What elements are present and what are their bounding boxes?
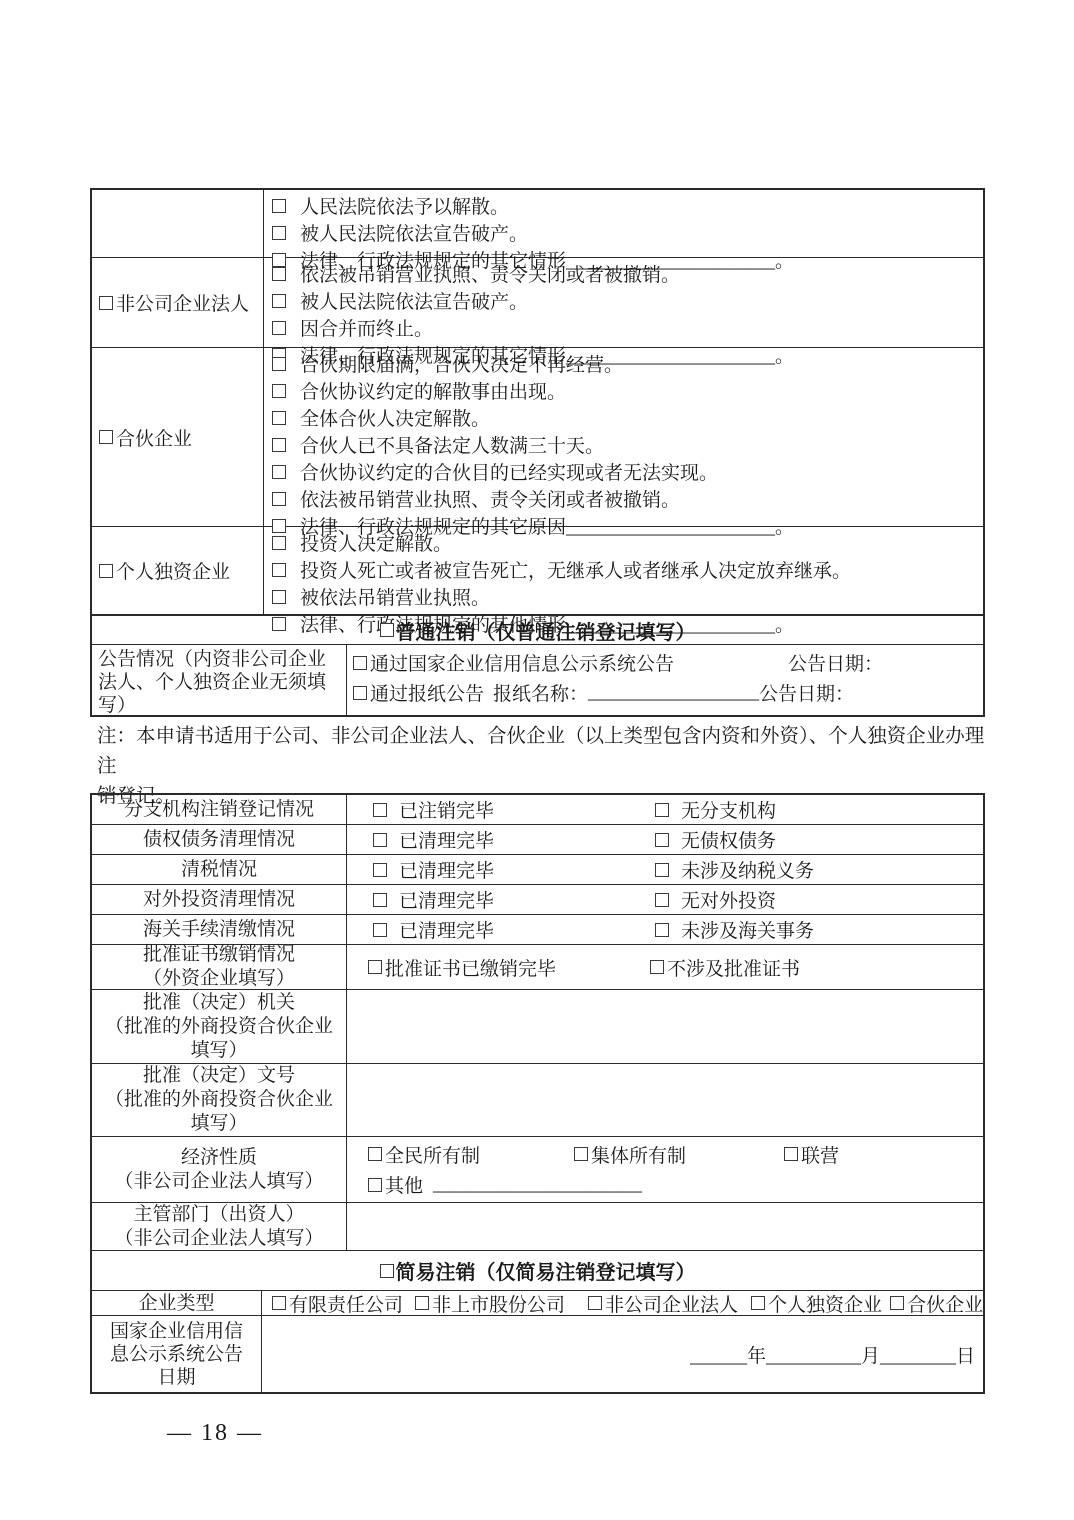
checkbox-icon[interactable] [574,1147,588,1161]
announcement-label-cell: 公告情况（内资非公司企业法人、个人独资企业无须填写） [92,645,347,715]
checkbox-icon[interactable] [353,686,367,700]
form-page: 人民法院依法予以解散。 被人民法院依法宣告破产。 法律、行政法规规定的其它情形_… [0,0,1074,1520]
checkbox-icon[interactable] [655,863,669,877]
checkbox-icon[interactable] [99,430,113,444]
table-row-announcement-date: 国家企业信用信 息公示系统公告 日期 ______年__________月___… [92,1316,983,1392]
checkbox-icon[interactable] [99,564,113,578]
reason-option[interactable]: 被人民法院依法宣告破产。 [272,287,979,314]
reason-option[interactable]: 全体合伙人决定解散。 [272,404,979,431]
checkbox-icon[interactable] [380,623,394,637]
field-label-cell: 批准（决定）文号 （批准的外商投资合伙企业 填写） [92,1064,347,1136]
checkbox-icon[interactable] [650,960,664,974]
status-options-cell: 已清理完毕 无债权债务 [347,825,983,854]
checkbox-icon[interactable] [272,321,286,335]
enterprise-type-option[interactable]: 非上市股份公司 [415,1290,565,1317]
table-row-continued: 人民法院依法予以解散。 被人民法院依法宣告破产。 法律、行政法规规定的其它情形_… [92,190,983,258]
reason-options-cell: 依法被吊销营业执照、责令关闭或者被撤销。 被人民法院依法宣告破产。 因合并而终止… [264,258,983,347]
checkbox-icon[interactable] [272,199,286,213]
newspaper-name-blank[interactable]: __________________ [588,682,759,704]
checkbox-icon[interactable] [368,1178,382,1192]
economy-option[interactable]: 联营 [784,1141,839,1168]
table-row-approval-certificate: 批准证书缴销情况 （外资企业填写） 批准证书已缴销完毕 不涉及批准证书 [92,945,983,990]
checkbox-icon[interactable] [272,267,286,281]
checkbox-icon[interactable] [890,1296,904,1310]
announcement-option-newspaper[interactable]: 通过报纸公告报纸名称：__________________公告日期： [353,679,983,706]
field-label-cell: 经济性质 （非公司企业法人填写） [92,1137,347,1202]
status-option[interactable]: 无对外投资 [655,886,776,913]
economy-option[interactable]: 全民所有制 [368,1141,574,1168]
table-row-branch-dereg: 分支机构注销登记情况 已注销完毕 无分支机构 [92,795,983,825]
checkbox-icon[interactable] [272,536,286,550]
entity-label-cell: 非公司企业法人 [92,258,264,347]
checkbox-icon[interactable] [588,1296,602,1310]
economy-options-cell: 全民所有制 集体所有制 联营 其他______________________ [347,1137,983,1202]
status-options-cell: 已注销完毕 无分支机构 [347,795,983,824]
table-row-announcement: 公告情况（内资非公司企业法人、个人独资企业无须填写） 通过国家企业信用信息公示系… [92,645,983,715]
checkbox-icon[interactable] [784,1147,798,1161]
enterprise-type-option[interactable]: 非公司企业法人 [588,1290,738,1317]
status-options-cell: 已清理完毕 未涉及纳税义务 [347,855,983,884]
reason-option[interactable]: 人民法院依法予以解散。 [272,192,979,219]
reason-option[interactable]: 被人民法院依法宣告破产。 [272,219,979,246]
entity-label-cell: 合伙企业 [92,348,264,526]
table-row-tax-clearing: 清税情况 已清理完毕 未涉及纳税义务 [92,855,983,885]
status-option[interactable]: 未涉及纳税义务 [655,856,814,883]
table-row-outbound-investment: 对外投资清理情况 已清理完毕 无对外投资 [92,885,983,915]
announcement-date-label: 公告日期： [759,679,854,706]
checkbox-icon[interactable] [751,1296,765,1310]
status-label-cell: 分支机构注销登记情况 [92,795,347,824]
checkbox-icon[interactable] [272,411,286,425]
checkbox-icon[interactable] [373,863,387,877]
supervising-department-input-cell[interactable] [347,1203,983,1250]
checkbox-icon[interactable] [655,893,669,907]
table-row-partnership: 合伙企业 合伙期限届满，合伙人决定不再经营。 合伙协议约定的解散事由出现。 全体… [92,348,983,527]
checkbox-icon[interactable] [373,833,387,847]
page-number: — 18 — [167,1420,263,1447]
table-row-supervising-department: 主管部门（出资人） （非公司企业法人填写） [92,1203,983,1251]
table-row-approval-docnumber: 批准（决定）文号 （批准的外商投资合伙企业 填写） [92,1064,983,1137]
reason-option[interactable]: 依法被吊销营业执照、责令关闭或者被撤销。 [272,485,979,512]
checkbox-icon[interactable] [368,1147,382,1161]
date-blank-line[interactable]: ______年__________月________日 [690,1341,975,1368]
status-option[interactable]: 已清理完毕 [373,826,655,853]
field-label-cell: 企业类型 [92,1291,262,1315]
reason-option[interactable]: 因合并而终止。 [272,314,979,341]
table-row-economic-nature: 经济性质 （非公司企业法人填写） 全民所有制 集体所有制 联营 其他______… [92,1137,983,1203]
checkbox-icon[interactable] [655,833,669,847]
approval-docnumber-input-cell[interactable] [347,1064,983,1136]
clearance-table: 分支机构注销登记情况 已注销完毕 无分支机构 债权债务清理情况 已清理完毕 无债… [90,793,985,1394]
table-row-customs: 海关手续清缴情况 已清理完毕 未涉及海关事务 [92,915,983,945]
checkbox-icon[interactable] [272,357,286,371]
status-label-cell: 债权债务清理情况 [92,825,347,854]
table-row-approval-authority: 批准（决定）机关 （批准的外商投资合伙企业 填写） [92,990,983,1064]
reason-option[interactable]: 合伙期限届满，合伙人决定不再经营。 [272,350,979,377]
checkbox-icon[interactable] [272,1296,286,1310]
reason-options-cell: 投资人决定解散。 投资人死亡或者被宣告死亡，无继承人或者继承人决定放弃继承。 被… [264,527,983,614]
checkbox-icon[interactable] [272,226,286,240]
checkbox-icon[interactable] [368,960,382,974]
reason-option[interactable]: 合伙协议约定的解散事由出现。 [272,377,979,404]
reason-option[interactable]: 投资人死亡或者被宣告死亡，无继承人或者继承人决定放弃继承。 [272,556,979,583]
checkbox-icon[interactable] [373,923,387,937]
announcement-date-input-cell[interactable]: ______年__________月________日 [262,1316,983,1392]
reason-option[interactable]: 合伙人已不具备法定人数满三十天。 [272,431,979,458]
entity-label-cell-empty [92,190,264,257]
status-options-cell: 已清理完毕 无对外投资 [347,885,983,914]
field-label-cell: 国家企业信用信 息公示系统公告 日期 [92,1316,262,1392]
status-label-cell: 海关手续清缴情况 [92,915,347,944]
status-option[interactable]: 已注销完毕 [373,796,655,823]
checkbox-icon[interactable] [272,492,286,506]
table-row-debt-clearing: 债权债务清理情况 已清理完毕 无债权债务 [92,825,983,855]
table-row-sole-proprietorship: 个人独资企业 投资人决定解散。 投资人死亡或者被宣告死亡，无继承人或者继承人决定… [92,527,983,615]
checkbox-icon[interactable] [272,294,286,308]
entity-label-cell: 个人独资企业 [92,527,264,614]
status-label-cell: 清税情况 [92,855,347,884]
economy-option[interactable]: 集体所有制 [574,1141,784,1168]
checkbox-icon[interactable] [99,296,113,310]
enterprise-type-option[interactable]: 合伙企业 [890,1290,983,1317]
checkbox-icon[interactable] [380,1264,394,1278]
checkbox-icon[interactable] [415,1296,429,1310]
checkbox-icon[interactable] [655,803,669,817]
status-label-cell: 对外投资清理情况 [92,885,347,914]
enterprise-type-option[interactable]: 个人独资企业 [751,1290,882,1317]
reason-option[interactable]: 依法被吊销营业执照、责令关闭或者被撤销。 [272,260,979,287]
status-option[interactable]: 已清理完毕 [373,916,655,943]
checkbox-icon[interactable] [272,590,286,604]
status-option[interactable]: 不涉及批准证书 [650,954,800,981]
status-option[interactable]: 已清理完毕 [373,886,655,913]
economy-other-blank[interactable]: ______________________ [433,1174,642,1196]
reason-options-cell: 合伙期限届满，合伙人决定不再经营。 合伙协议约定的解散事由出现。 全体合伙人决定… [264,348,983,526]
section-header-simple-deregistration: 简易注销（仅简易注销登记填写） [92,1251,983,1291]
field-label-cell: 批准（决定）机关 （批准的外商投资合伙企业 填写） [92,990,347,1063]
status-options-cell: 已清理完毕 未涉及海关事务 [347,915,983,944]
checkbox-icon[interactable] [272,465,286,479]
status-option[interactable]: 无分支机构 [655,796,776,823]
enterprise-type-options-cell: 有限责任公司 非上市股份公司 非公司企业法人 个人独资企业 合伙企业 [262,1291,983,1315]
economy-option-line: 全民所有制 集体所有制 联营 [368,1141,983,1168]
newspaper-name-label: 报纸名称： [493,679,588,706]
status-options-cell: 批准证书已缴销完毕 不涉及批准证书 [347,945,983,989]
reason-options-cell: 人民法院依法予以解散。 被人民法院依法宣告破产。 法律、行政法规规定的其它情形_… [264,190,983,257]
status-option[interactable]: 已清理完毕 [373,856,655,883]
checkbox-icon[interactable] [272,617,286,631]
approval-authority-input-cell[interactable] [347,990,983,1063]
reason-option[interactable]: 投资人决定解散。 [272,529,979,556]
status-option[interactable]: 未涉及海关事务 [655,916,814,943]
announcement-option-system[interactable]: 通过国家企业信用信息公示系统公告公告日期： [353,649,983,676]
checkbox-icon[interactable] [353,656,367,670]
reason-option[interactable]: 被依法吊销营业执照。 [272,583,979,610]
announcement-options-cell: 通过国家企业信用信息公示系统公告公告日期： 通过报纸公告报纸名称：_______… [347,645,983,715]
checkbox-icon[interactable] [373,893,387,907]
dissolution-reasons-table: 人民法院依法予以解散。 被人民法院依法宣告破产。 法律、行政法规规定的其它情形_… [90,188,985,717]
checkbox-icon[interactable] [272,438,286,452]
enterprise-type-option[interactable]: 有限责任公司 [272,1290,403,1317]
checkbox-icon[interactable] [272,563,286,577]
checkbox-icon[interactable] [373,803,387,817]
status-option[interactable]: 批准证书已缴销完毕 [368,954,650,981]
economy-option-other[interactable]: 其他______________________ [368,1171,983,1198]
status-option[interactable]: 无债权债务 [655,826,776,853]
checkbox-icon[interactable] [655,923,669,937]
table-row-enterprise-type: 企业类型 有限责任公司 非上市股份公司 非公司企业法人 个人独资企业 合伙企业 [92,1291,983,1316]
checkbox-icon[interactable] [272,384,286,398]
field-label-cell: 主管部门（出资人） （非公司企业法人填写） [92,1203,347,1250]
table-row-noncorporate: 非公司企业法人 依法被吊销营业执照、责令关闭或者被撤销。 被人民法院依法宣告破产… [92,258,983,348]
reason-option[interactable]: 合伙协议约定的合伙目的已经实现或者无法实现。 [272,458,979,485]
status-label-cell: 批准证书缴销情况 （外资企业填写） [92,945,347,989]
announcement-date-label: 公告日期： [788,649,883,676]
